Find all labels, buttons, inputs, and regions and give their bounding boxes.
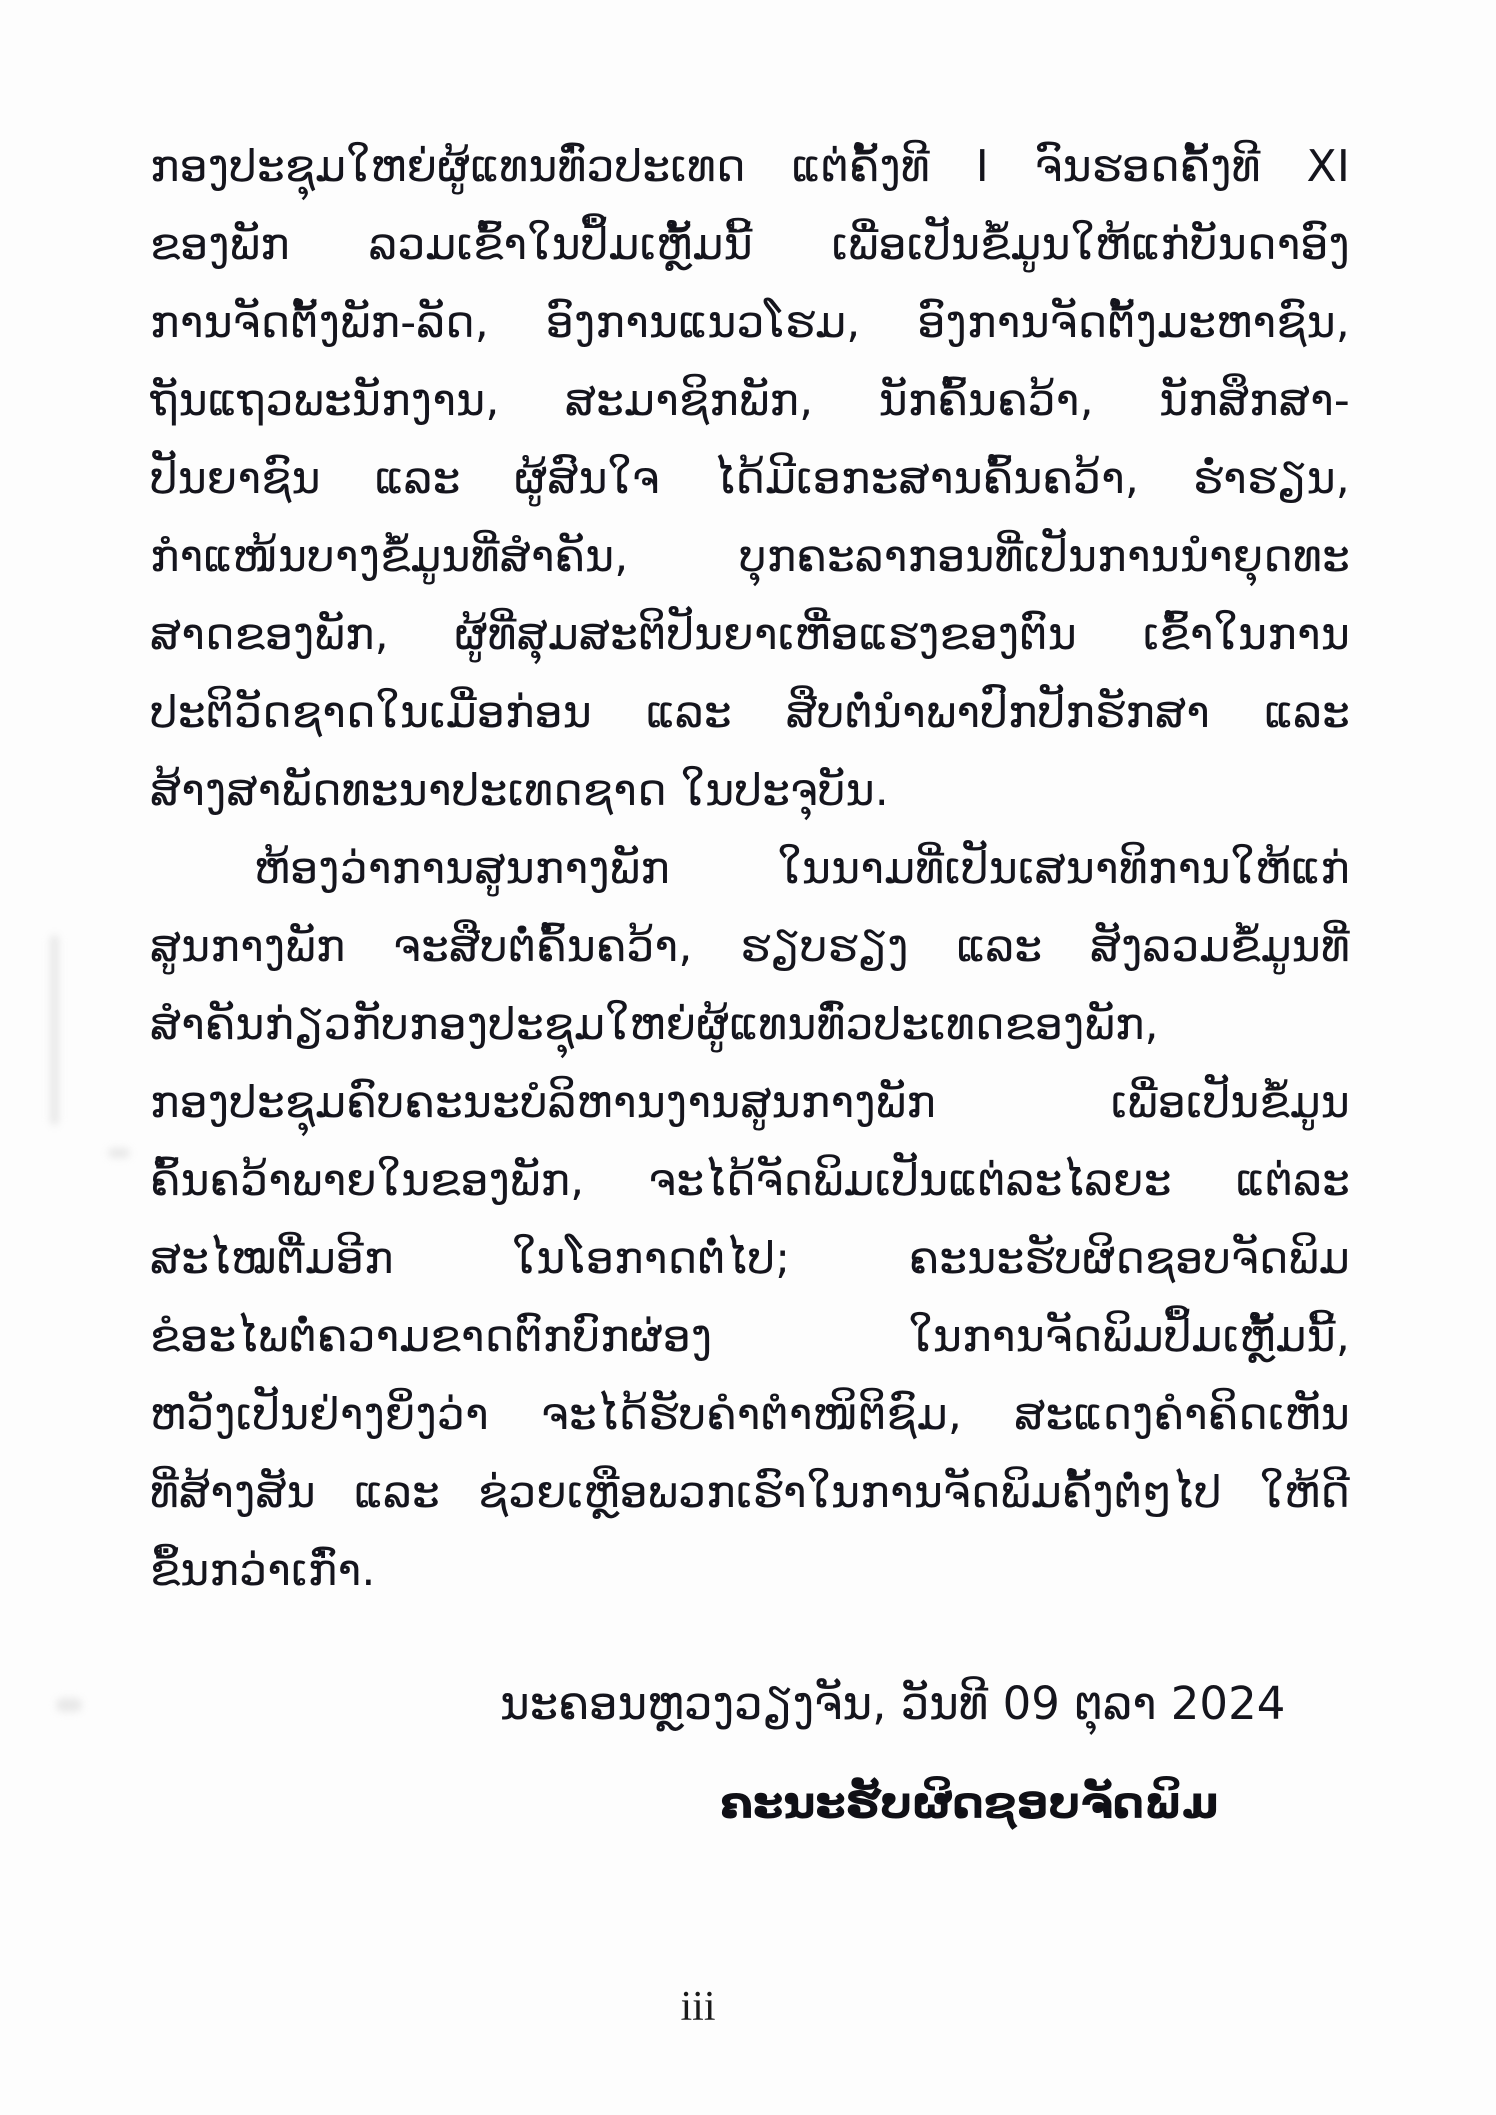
scan-artifact	[108, 1148, 130, 1158]
scan-artifact	[50, 935, 59, 1125]
page-number: iii	[680, 1982, 715, 2032]
text-line: ສ້າງສາພັດທະນາປະເທດຊາດ ໃນປະຈຸບັນ.	[150, 752, 1350, 830]
signature-line: ຄະນະຮັບຜິດຊອບຈັດພິມ	[150, 1764, 1350, 1844]
text-line: ກອງປະຊຸມໃຫຍ່ຜູ້ແທນທົ່ວປະເທດ ແຕ່ຄັ້ງທີ I …	[150, 128, 1350, 206]
text-line: ສາດຂອງພັກ, ຜູ້ທີ່ສຸມສະຕິປັນຍາເຫື່ອແຮງຂອງ…	[150, 596, 1350, 674]
text-line: ຂຶ້ນກວ່າເກົ່າ.	[150, 1532, 1350, 1610]
text-line: ຂອງພັກ ລວມເຂົ້າໃນປຶ້ມເຫຼັ້ມນີ້ ເພື່ອເປັນ…	[150, 206, 1350, 284]
scan-artifact	[56, 1698, 82, 1712]
text-line: ກຳແໜ້ນບາງຂໍ້ມູນທີ່ສຳຄັນ, ບຸກຄະລາກອນທີ່ເປ…	[150, 518, 1350, 596]
text-line: ສູນກາງພັກ ຈະສືບຕໍ່ຄົ້ນຄວ້າ, ຮຽບຮຽງ ແລະ ສ…	[150, 908, 1350, 986]
date-line: ນະຄອນຫຼວງວຽງຈັນ, ວັນທີ 09 ຕຸລາ 2024	[150, 1664, 1350, 1744]
text-line: ປະຕິວັດຊາດໃນເມື່ອກ່ອນ ແລະ ສືບຕໍ່ນຳພາປົກປ…	[150, 674, 1350, 752]
text-block: ກອງປະຊຸມໃຫຍ່ຜູ້ແທນທົ່ວປະເທດ ແຕ່ຄັ້ງທີ I …	[150, 128, 1350, 1844]
text-line: ຂໍອະໄພຕໍ່ຄວາມຂາດຕົກບົກຜ່ອງ ໃນການຈັດພິມປຶ…	[150, 1298, 1350, 1376]
body-paragraphs: ກອງປະຊຸມໃຫຍ່ຜູ້ແທນທົ່ວປະເທດ ແຕ່ຄັ້ງທີ I …	[150, 128, 1350, 1610]
text-line: ຫ້ອງວ່າການສູນກາງພັກ ໃນນາມທີ່ເປັນເສນາທິກາ…	[150, 830, 1350, 908]
text-line: ກອງປະຊຸມຄົບຄະນະບໍລິຫານງານສູນກາງພັກ ເພື່ອ…	[150, 1064, 1350, 1142]
text-line: ສະໄໝຕື່ມອີກ ໃນໂອກາດຕໍ່ໄປ; ຄະນະຮັບຜິດຊອບຈ…	[150, 1220, 1350, 1298]
document-page: ກອງປະຊຸມໃຫຍ່ຜູ້ແທນທົ່ວປະເທດ ແຕ່ຄັ້ງທີ I …	[0, 0, 1496, 2115]
text-line: ທີ່ສ້າງສັນ ແລະ ຊ່ວຍເຫຼືອພວກເຮົາໃນການຈັດພ…	[150, 1454, 1350, 1532]
text-line: ຫວັງເປັນຢ່າງຍິ່ງວ່າ ຈະໄດ້ຮັບຄຳຕຳໜິຕິຊົມ,…	[150, 1376, 1350, 1454]
text-line: ຄົ້ນຄວ້າພາຍໃນຂອງພັກ, ຈະໄດ້ຈັດພິມເປັນແຕ່ລ…	[150, 1142, 1350, 1220]
text-line: ການຈັດຕັ້ງພັກ-ລັດ, ອົງການແນວໂຮມ, ອົງການຈ…	[150, 284, 1350, 362]
text-line: ສຳຄັນກ່ຽວກັບກອງປະຊຸມໃຫຍ່ຜູ້ແທນທົ່ວປະເທດຂ…	[150, 986, 1350, 1064]
text-line: ປັນຍາຊົນ ແລະ ຜູ້ສົນໃຈ ໄດ້ມີເອກະສານຄົ້ນຄວ…	[150, 440, 1350, 518]
text-line: ຖັນແຖວພະນັກງານ, ສະມາຊິກພັກ, ນັກຄົ້ນຄວ້າ,…	[150, 362, 1350, 440]
